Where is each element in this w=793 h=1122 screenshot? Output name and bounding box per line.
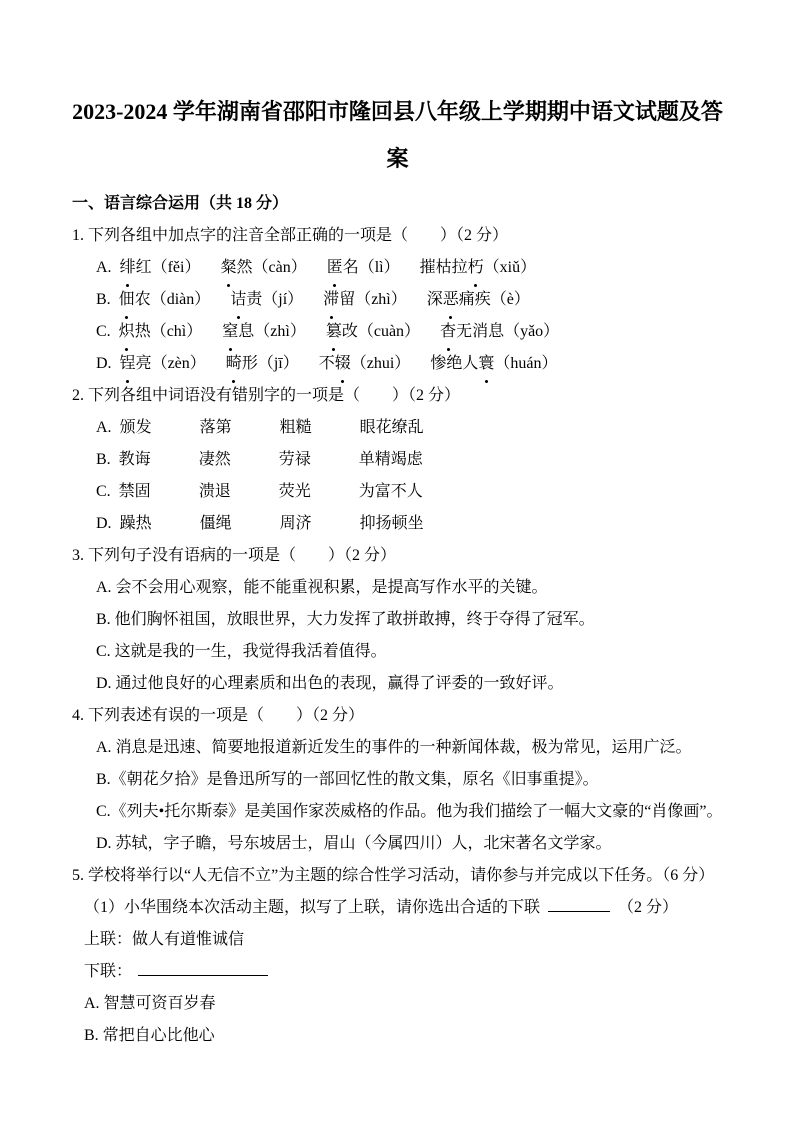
emphasized-char: 杳 [440,316,456,348]
q5-xialian: 下联： [72,956,723,988]
word: 粗糙 [280,419,312,436]
option-label: B. [96,291,111,308]
word: 眼花缭乱 [360,419,424,436]
option-label: D. [96,515,112,532]
word: 教诲 [119,451,151,468]
word: 不辍（zhui） [319,355,411,372]
word: 抑扬顿坐 [360,515,424,532]
emphasized-char: 辍 [335,348,351,380]
page-title-line2: 案 [72,135,723,182]
word: 诘责（jí） [230,291,303,308]
q2-option-d: D.躁热僵绳周济抑扬顿坐 [72,508,723,540]
q2-stem: 2. 下列各组中词语没有错别字的一项是（ ）（2 分） [72,380,723,412]
word: 匿名（lì） [327,259,400,276]
q1-option-d: D.锃亮（zèn）畸形（jī）不辍（zhui）惨绝人寰（huán） [72,348,723,380]
word: 惨绝人寰（huán） [430,355,557,372]
page-title-line1: 2023-2024 学年湖南省邵阳市隆回县八年级上学期期中语文试题及答 [72,88,723,135]
q5-sub1-text: （1）小华围绕本次活动主题，拟写了上联，请你选出合适的下联 [84,899,540,916]
emphasized-char: 篡 [326,316,342,348]
q5-xialian-label: 下联： [84,963,132,980]
word: 躁热 [120,515,152,532]
word: 篡改（cuàn） [326,323,420,340]
emphasized-char: 畸 [226,348,242,380]
word: 单精竭虑 [359,451,423,468]
q2-option-c: C.禁固溃退荧光为富不人 [72,476,723,508]
emphasized-char: 窒 [222,316,238,348]
word: 劳禄 [279,451,311,468]
word: 畸形（jī） [226,355,299,372]
q5-option-b: B. 常把自心比他心 [72,1020,723,1052]
option-label: C. [96,483,111,500]
option-words: 佃农（diàn）诘责（jí）滞留（zhì）深恶痛疾（è） [119,291,530,308]
q3-option-a: A. 会不会用心观察，能不能重视积累，是提高写作水平的关键。 [72,572,723,604]
q1-stem: 1. 下列各组中加点字的注音全部正确的一项是（ ）（2 分） [72,220,723,252]
q4-option-d: D. 苏轼，字子瞻，号东坡居士，眉山（今属四川）人，北宋著名文学家。 [72,828,723,860]
answer-blank-line [548,895,610,912]
q3-stem: 3. 下列句子没有语病的一项是（ ）（2 分） [72,540,723,572]
q5-sub1-points: （2 分） [618,899,678,916]
word: 僵绳 [200,515,232,532]
word: 落第 [200,419,232,436]
q5-subquestion-1: （1）小华围绕本次活动主题，拟写了上联，请你选出合适的下联（2 分） [72,892,723,924]
option-words: 躁热僵绳周济抑扬顿坐 [120,515,424,532]
emphasized-char: 绯 [120,252,136,284]
option-words: 锃亮（zèn）畸形（jī）不辍（zhui）惨绝人寰（huán） [120,355,558,372]
word: 禁固 [119,483,151,500]
q4-option-b: B.《朝花夕拾》是鲁迅所写的一部回忆性的散文集，原名《旧事重提》。 [72,764,723,796]
word: 凄然 [199,451,231,468]
q1-option-c: C.炽热（chì）窒息（zhì）篡改（cuàn）杳无消息（yǎo） [72,316,723,348]
emphasized-char: 寰 [478,348,494,380]
q1-option-a: A.绯红（fěi）粲然（càn）匿名（lì）摧枯拉朽（xiǔ） [72,252,723,284]
section-heading: 一、语言综合运用（共 18 分） [72,188,723,220]
q4-stem: 4. 下列表述有误的一项是（ ）（2 分） [72,700,723,732]
emphasized-char: 锃 [120,348,136,380]
q5-stem: 5. 学校将举行以“人无信不立”为主题的综合性学习活动，请你参与并完成以下任务。… [72,860,723,892]
option-label: B. [96,451,111,468]
word: 绯红（fěi） [120,259,201,276]
q4-option-a: A. 消息是迅速、简要地报道新近发生的事件的一种新闻体裁，极为常见，运用广泛。 [72,732,723,764]
word: 炽热（chì） [119,323,203,340]
emphasized-char: 恶 [443,284,459,316]
emphasized-char: 朽 [468,252,484,284]
word: 粲然（càn） [220,259,306,276]
page-title: 2023-2024 学年湖南省邵阳市隆回县八年级上学期期中语文试题及答 案 [72,88,723,182]
word: 颁发 [120,419,152,436]
q5-option-a: A. 智慧可资百岁春 [72,988,723,1020]
word: 溃退 [199,483,231,500]
word: 窒息（zhì） [222,323,306,340]
option-words: 教诲凄然劳禄单精竭虑 [119,451,423,468]
word: 摧枯拉朽（xiǔ） [420,259,536,276]
q4-option-c: C.《列夫•托尔斯泰》是美国作家茨威格的作品。他为我们描绘了一幅大文豪的“肖像画… [72,796,723,828]
word: 佃农（diàn） [119,291,211,308]
q3-option-d: D. 通过他良好的心理素质和出色的表现，赢得了评委的一致好评。 [72,668,723,700]
option-words: 炽热（chì）窒息（zhì）篡改（cuàn）杳无消息（yǎo） [119,323,560,340]
word: 为富不人 [359,483,423,500]
emphasized-char: 匿 [327,252,343,284]
option-words: 禁固溃退荧光为富不人 [119,483,423,500]
word: 深恶痛疾（è） [427,291,530,308]
word: 杳无消息（yǎo） [440,323,559,340]
option-label: D. [96,355,112,372]
option-label: A. [96,419,112,436]
emphasized-char: 粲 [220,252,236,284]
option-words: 颁发落第粗糙眼花缭乱 [120,419,424,436]
q2-option-b: B.教诲凄然劳禄单精竭虑 [72,444,723,476]
emphasized-char: 炽 [119,316,135,348]
q5-shanglian: 上联：做人有道惟诚信 [72,924,723,956]
exam-document-page: 2023-2024 学年湖南省邵阳市隆回县八年级上学期期中语文试题及答 案 一、… [0,0,793,1122]
emphasized-char: 诘 [230,284,246,316]
q3-option-c: C. 这就是我的一生，我觉得我活着值得。 [72,636,723,668]
word: 荧光 [279,483,311,500]
emphasized-char: 佃 [119,284,135,316]
option-label: A. [96,259,112,276]
q1-option-b: B.佃农（diàn）诘责（jí）滞留（zhì）深恶痛疾（è） [72,284,723,316]
emphasized-char: 滞 [323,284,339,316]
option-label: C. [96,323,111,340]
word: 周济 [280,515,312,532]
answer-blank-line [138,959,268,976]
word: 滞留（zhì） [323,291,407,308]
word: 锃亮（zèn） [120,355,206,372]
option-words: 绯红（fěi）粲然（càn）匿名（lì）摧枯拉朽（xiǔ） [120,259,537,276]
q2-option-a: A.颁发落第粗糙眼花缭乱 [72,412,723,444]
q3-option-b: B. 他们胸怀祖国，放眼世界，大力发挥了敢拼敢搏，终于夺得了冠军。 [72,604,723,636]
